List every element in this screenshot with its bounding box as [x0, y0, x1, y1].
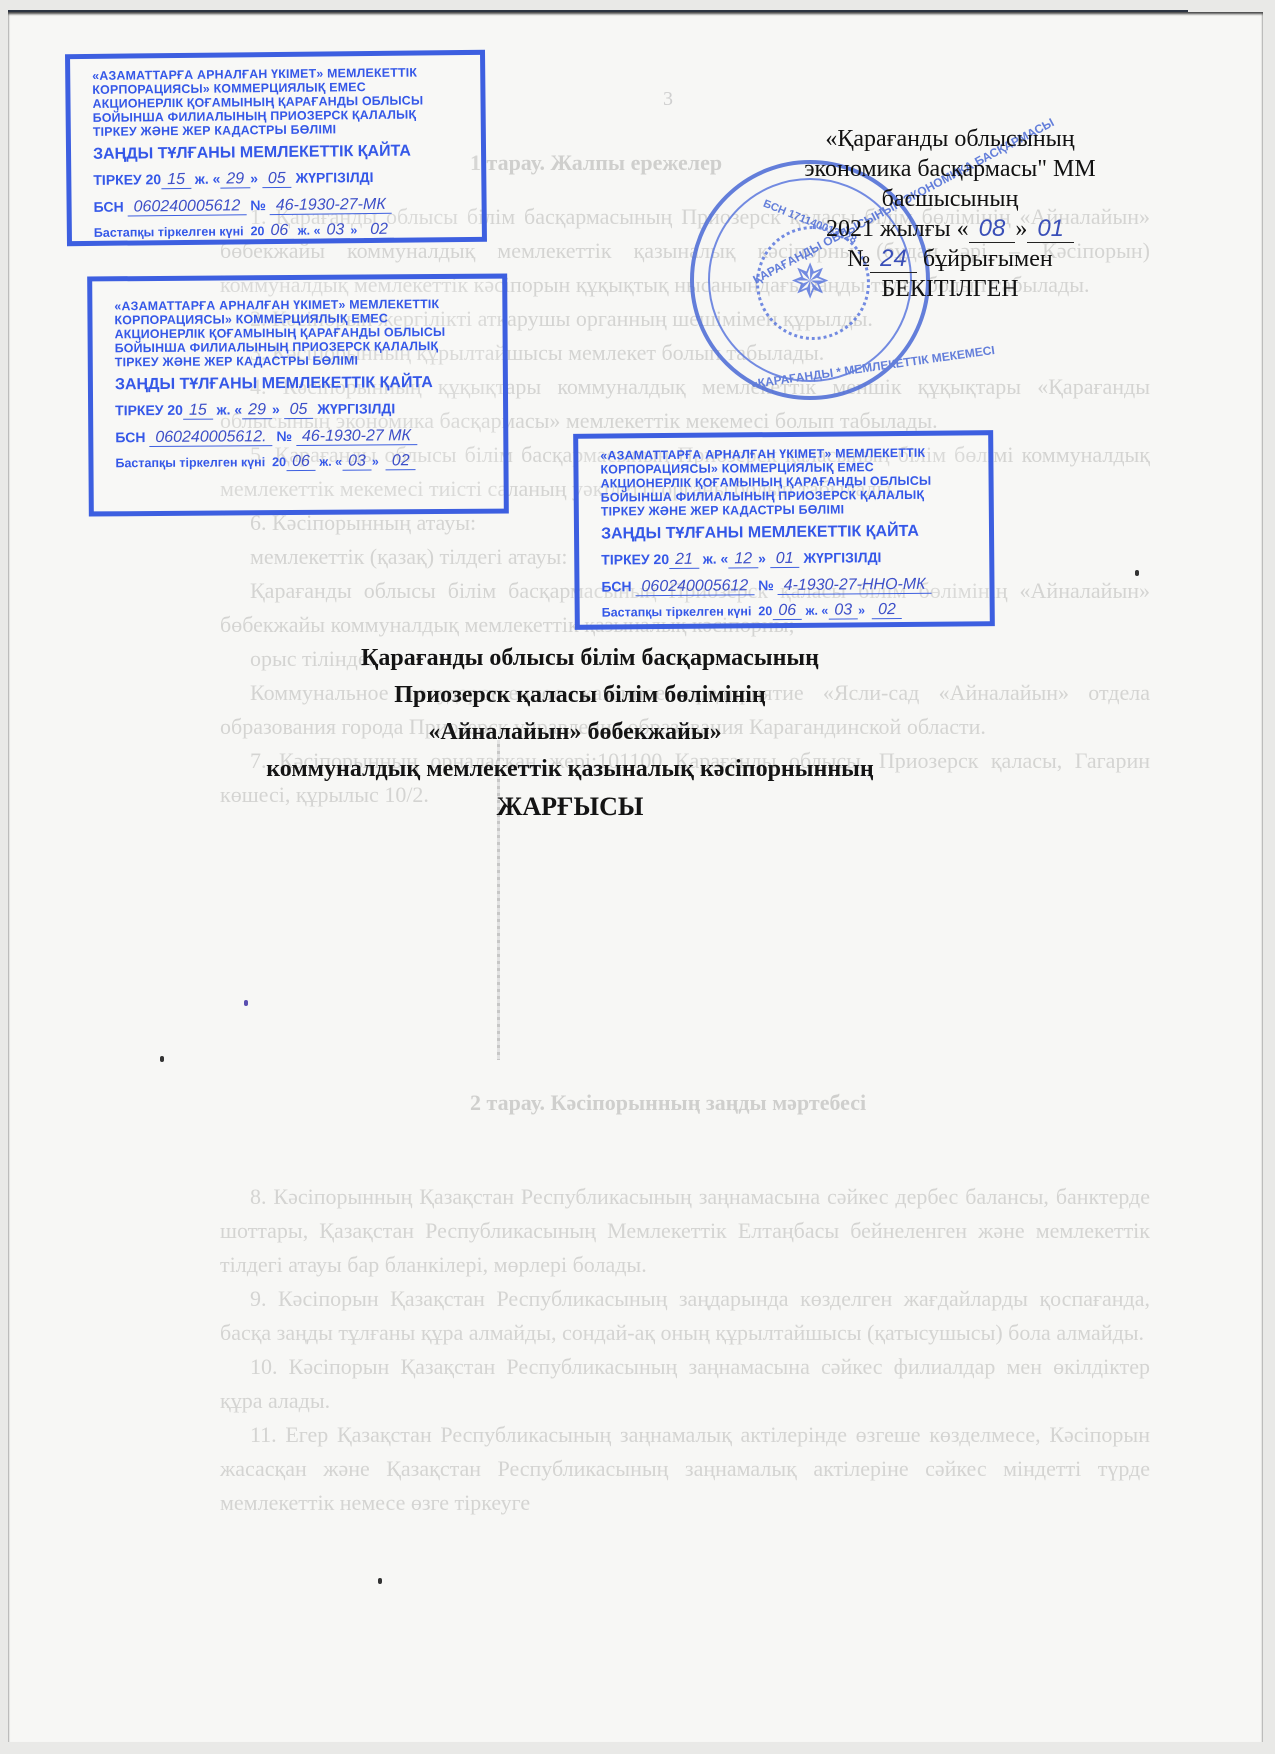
stamp-registration-line: ТІРКЕУ 2021 ж. «12» 01 ЖҮРГІЗІЛДІ — [601, 543, 975, 573]
approval-year: 2021 жылғы — [826, 216, 951, 242]
ghost-paragraph: 9. Кәсіпорын Қазақстан Республикасының з… — [220, 1282, 1150, 1350]
stamp-text: 20 — [758, 604, 772, 618]
stamp-text: № — [250, 197, 266, 213]
approval-line-2: экономика басқармасы" ММ — [760, 154, 1140, 184]
stamp-registration-line: ТІРКЕУ 2015 ж. «29» 05 ЖҮРГІЗІЛДІ — [93, 163, 467, 194]
registration-stamp-2015-a: «АЗАМАТТАРҒА АРНАЛҒАН ҮКІМЕТ» МЕМЛЕКЕТТІ… — [65, 50, 487, 246]
stamp-initial-registration-line: Бастапқы тіркелген күні 2006 ж. «03» 02 — [115, 449, 489, 476]
registration-stamp-2021: «АЗАМАТТАРҒА АРНАЛҒАН ҮКІМЕТ» МЕМЛЕКЕТТІ… — [573, 430, 995, 630]
stamp-bsn-value: 060240005612 — [128, 197, 247, 216]
stamp-reg-month: 05 — [284, 401, 314, 419]
scan-speck — [378, 1578, 382, 1584]
stamp-text: ЖҮРГІЗІЛДІ — [295, 169, 373, 186]
stamp-text: » — [350, 223, 357, 237]
stamp-reg-month: 01 — [770, 550, 800, 568]
stamp-reg-year: 21 — [669, 551, 699, 569]
stamp-number-value: 4-1930-27-ННО-МК — [778, 576, 932, 595]
approval-day: 08 — [969, 215, 1016, 243]
stamp-initial-day: 03 — [342, 452, 372, 470]
stamp-header-line: БОЙЫНША ФИЛИАЛЫНЫҢ ПРИОЗЕРСК ҚАЛАЛЫҚ — [115, 339, 489, 356]
ghost-heading-chapter-1: 1 тарау. Жалпы ережелер — [470, 150, 722, 176]
stamp-number-value: 46-1930-27 МК — [296, 427, 417, 446]
approval-month: 01 — [1027, 215, 1074, 243]
approval-line-1: «Қарағанды облысының — [760, 124, 1140, 154]
stamp-bsn-line: БСН 060240005612. № 46-1930-27 МК — [115, 422, 489, 452]
stamp-text: 20 — [272, 455, 286, 469]
stamp-text: ж. « — [703, 550, 729, 566]
stamp-text: 20 — [250, 224, 264, 238]
stamp-text: ж. « — [217, 401, 243, 417]
stamp-reg-year: 15 — [183, 402, 213, 420]
stamp-registration-line: ТІРКЕУ 2015 ж. «29» 05 ЖҮРГІЗІЛДІ — [115, 395, 489, 425]
stamp-text: Бастапқы тіркелген күні — [115, 455, 265, 470]
approval-line-3: басшысының — [760, 184, 1140, 214]
stamp-text: ТІРКЕУ 20 — [115, 402, 183, 418]
stamp-title: ЗАҢДЫ ТҰЛҒАНЫ МЕМЛЕКЕТТІК ҚАЙТА — [601, 519, 975, 546]
ghost-text-block-2: 8. Кәсіпорынның Қазақстан Республикасыны… — [220, 1180, 1150, 1520]
stamp-text: ж. « — [195, 171, 221, 187]
stamp-initial-month: 02 — [872, 601, 902, 619]
stamp-text: БСН — [94, 199, 124, 215]
approval-order-line: №24 бұйрығымен — [760, 244, 1140, 274]
title-line-1: Қарағанды облысы білім басқармасының — [190, 640, 990, 677]
stamp-text: ЖҮРГІЗІЛДІ — [803, 549, 881, 566]
approval-date-line: 2021 жылғы «08»01 — [760, 214, 1140, 244]
stamp-text: Бастапқы тіркелген күні — [94, 224, 244, 240]
stamp-initial-registration-line: Бастапқы тіркелген күні 2006 ж. «03» 02 — [602, 597, 976, 624]
stamp-initial-year: 06 — [286, 453, 316, 471]
approved-label: БЕКІТІЛГЕН — [760, 274, 1140, 304]
title-line-4: коммуналдық мемлекеттік қазыналық кәсіпо… — [150, 751, 990, 788]
stamp-number-value: 46-1930-27-МК — [270, 196, 392, 215]
stamp-initial-month: 02 — [386, 452, 416, 470]
stamp-text: БСН — [601, 578, 631, 594]
scan-speck — [160, 1056, 164, 1062]
ghost-paragraph: 8. Кәсіпорынның Қазақстан Республикасыны… — [220, 1180, 1150, 1282]
stamp-reg-day: 29 — [220, 170, 250, 188]
title-line-5: ЖАРҒЫСЫ — [150, 788, 990, 825]
ghost-paragraph: 10. Кәсіпорын Қазақстан Республикасының … — [220, 1350, 1150, 1418]
stamp-bsn-line: БСН 060240005612 № 4-1930-27-ННО-МК — [601, 570, 975, 600]
approval-number-prefix: № — [847, 246, 870, 272]
stamp-initial-year: 06 — [772, 602, 802, 620]
stamp-header-line: ТІРКЕУ ЖӘНЕ ЖЕР КАДАСТРЫ БӨЛІМІ — [93, 121, 467, 139]
stamp-text: ж. « — [319, 455, 342, 469]
stamp-text: ТІРКЕУ 20 — [601, 551, 669, 568]
stamp-initial-day: 03 — [320, 221, 350, 239]
title-line-3: «Айналайын» бөбекжайы» — [160, 714, 990, 751]
stamp-text: » — [272, 401, 280, 417]
stamp-initial-day: 03 — [828, 601, 858, 619]
stamp-reg-month: 05 — [262, 170, 292, 188]
page-number: 3 — [663, 88, 673, 111]
ghost-paragraph: 11. Егер Қазақстан Республикасының заңна… — [220, 1418, 1150, 1520]
approval-block: «Қарағанды облысының экономика басқармас… — [760, 124, 1140, 304]
document-title: Қарағанды облысы білім басқармасының При… — [150, 640, 990, 825]
registration-stamp-2015-b: «АЗАМАТТАРҒА АРНАЛҒАН ҮКІМЕТ» МЕМЛЕКЕТТІ… — [87, 274, 509, 517]
stamp-text: » — [758, 550, 766, 566]
stamp-text: № — [276, 428, 292, 444]
stamp-text: Бастапқы тіркелген күні — [602, 604, 752, 619]
approval-order-text: бұйрығымен — [923, 246, 1053, 272]
stamp-reg-day: 29 — [242, 401, 272, 419]
stamp-text: » — [250, 170, 258, 186]
stamp-text: » — [372, 454, 379, 468]
stamp-bsn-value: 060240005612. — [149, 428, 272, 447]
scan-speck — [1135, 570, 1139, 576]
stamp-initial-registration-line: Бастапқы тіркелген күні 2006 ж. «03» 02 — [94, 217, 468, 245]
stamp-text: № — [758, 577, 774, 593]
ghost-heading-chapter-2: 2 тарау. Кәсіпорынның заңды мәртебесі — [470, 1090, 866, 1116]
stamp-title: ЗАҢДЫ ТҰЛҒАНЫ МЕМЛЕКЕТТІК ҚАЙТА — [115, 371, 489, 398]
stamp-header-line: ТІРКЕУ ЖӘНЕ ЖЕР КАДАСТРЫ БӨЛІМІ — [115, 353, 489, 370]
title-line-2: Приозерск қаласы білім бөлімінің — [170, 677, 990, 714]
stamp-bsn-value: 060240005612 — [635, 577, 754, 596]
stamp-header-line: ТІРКЕУ ЖӘНЕ ЖЕР КАДАСТРЫ БӨЛІМІ — [601, 501, 975, 518]
stamp-initial-month: 02 — [364, 221, 394, 239]
scan-speck — [244, 1000, 248, 1006]
stamp-text: ТІРКЕУ 20 — [93, 171, 161, 188]
stamp-text: ж. « — [298, 224, 321, 238]
stamp-text: БСН — [115, 429, 145, 445]
stamp-header-line: «АЗАМАТТАРҒА АРНАЛҒАН ҮКІМЕТ» МЕМЛЕКЕТТІ… — [114, 297, 488, 314]
stamp-bsn-line: БСН 060240005612 № 46-1930-27-МК — [93, 190, 467, 221]
approval-number: 24 — [870, 245, 917, 273]
stamp-reg-day: 12 — [728, 550, 758, 568]
stamp-text: » — [858, 603, 865, 617]
stamp-text: ЖҮРГІЗІЛДІ — [317, 400, 395, 417]
stamp-reg-year: 15 — [161, 171, 191, 189]
stamp-initial-year: 06 — [264, 222, 294, 240]
stamp-text: ж. « — [806, 604, 829, 618]
